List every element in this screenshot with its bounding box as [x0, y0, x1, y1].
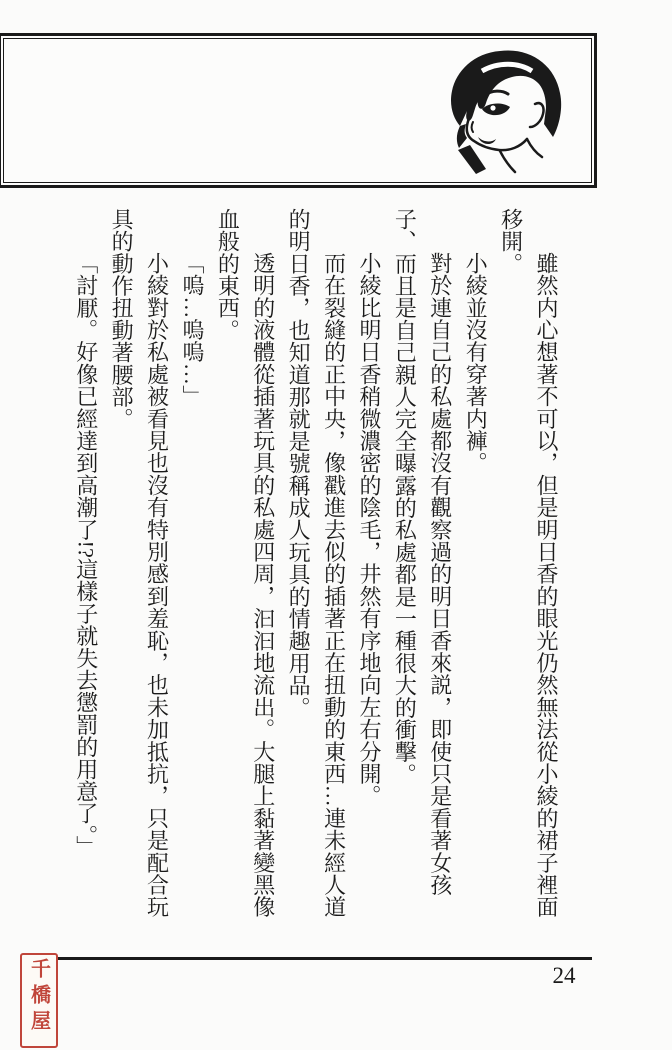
- paragraph-6: 透明的液體從插著玩具的私處四周，汩汩地流出。大腿上黏著變黑像血般的東西。: [210, 208, 281, 936]
- paragraph-8: 小綾對於私處被看見也沒有特別感到羞恥，也未加抵抗，只是配合玩具的動作扭動著腰部。: [104, 208, 175, 936]
- paragraph-2: 小綾並沒有穿著内褲。: [458, 208, 493, 936]
- paragraph-1: 雖然内心想著不可以，但是明日香的眼光仍然無法從小綾的裙子裡面移開。: [493, 208, 564, 936]
- seal-text: 千橋屋: [25, 958, 54, 1036]
- paragraph-4: 小綾比明日香稍微濃密的陰毛，井然有序地向左右分開。: [352, 208, 387, 936]
- novel-text-block: 雖然内心想著不可以，但是明日香的眼光仍然無法從小綾的裙子裡面移開。 小綾並沒有穿…: [68, 208, 564, 936]
- paragraph-9: 「討厭。好像已經達到高潮了!?這樣子就失去懲罰的用意了。」: [68, 208, 103, 936]
- character-face-illustration: [440, 47, 570, 177]
- page-number: 24: [544, 963, 584, 989]
- illustration-panel: [0, 33, 597, 188]
- footer-rule: [30, 957, 592, 960]
- paragraph-3: 對於連自己的私處都沒有觀察過的明日香來説，即使只是看著女孩子、而且是自己親人完全…: [387, 208, 458, 936]
- paragraph-7: 「嗚…嗚嗚…」: [175, 208, 210, 936]
- publisher-seal-stamp: 千橋屋: [20, 953, 58, 1048]
- paragraph-5: 而在裂縫的正中央，像戳進去似的插著正在扭動的東西…連未經人道的明日香，也知道那就…: [281, 208, 352, 936]
